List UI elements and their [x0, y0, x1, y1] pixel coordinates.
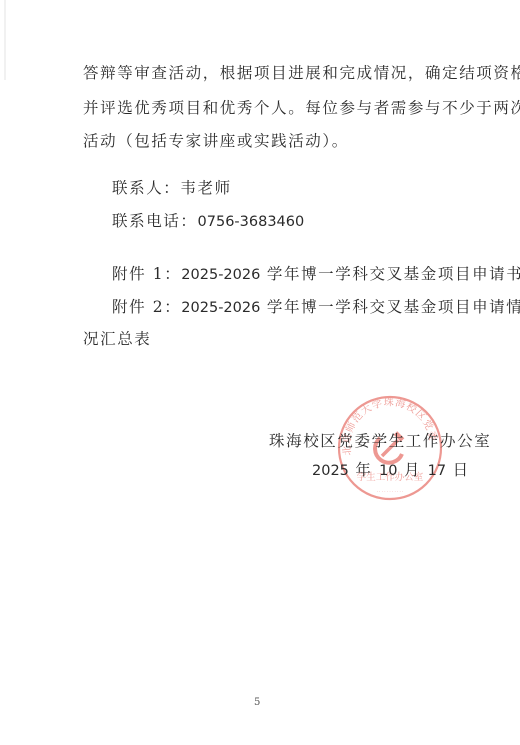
contact-person-name: 韦老师	[180, 179, 231, 197]
date-year: 2025	[312, 463, 349, 479]
signature-date: 2025 年 10 月 17 日	[312, 460, 470, 481]
date-month-unit: 月	[398, 461, 428, 479]
seal-serial-dots: · · · · · · · · · · ·	[377, 489, 404, 494]
attachment-2: 附件 2：2025-2026 学年博一学科交叉基金项目申请情	[112, 297, 520, 318]
date-day: 17	[428, 463, 446, 479]
page-edge-mark	[4, 0, 6, 80]
signature-office: 珠海校区党委学生工作办公室	[269, 431, 491, 451]
attachment-1: 附件 1：2025-2026 学年博一学科交叉基金项目申请书	[112, 264, 520, 285]
attachment-2-year: 2025-2026	[181, 300, 260, 316]
attachment-2-continuation: 况汇总表	[83, 329, 151, 349]
contact-phone: 联系电话：0756-3683460	[112, 211, 304, 232]
attachment-1-label: 附件 1：	[112, 265, 181, 283]
contact-person-label: 联系人：	[112, 179, 180, 197]
date-day-unit: 日	[446, 461, 470, 479]
paragraph-line-2: 并评选优秀项目和优秀个人。每位参与者需参与不少于两次	[83, 98, 520, 118]
contact-phone-number: 0756-3683460	[198, 214, 305, 230]
attachment-2-title: 学年博一学科交叉基金项目申请情	[260, 298, 520, 316]
contact-person: 联系人：韦老师	[112, 178, 232, 198]
attachment-1-year: 2025-2026	[181, 267, 260, 283]
date-year-unit: 年	[349, 461, 379, 479]
attachment-2-label: 附件 2：	[112, 298, 181, 316]
page-number: 5	[254, 697, 260, 708]
contact-phone-label: 联系电话：	[112, 212, 198, 230]
paragraph-line-1: 答辩等审查活动，根据项目进展和完成情况，确定结项资格，	[83, 63, 520, 83]
date-month: 10	[379, 463, 397, 479]
attachment-1-title: 学年博一学科交叉基金项目申请书	[260, 265, 520, 283]
paragraph-line-3: 活动（包括专家讲座或实践活动）。	[83, 131, 349, 151]
